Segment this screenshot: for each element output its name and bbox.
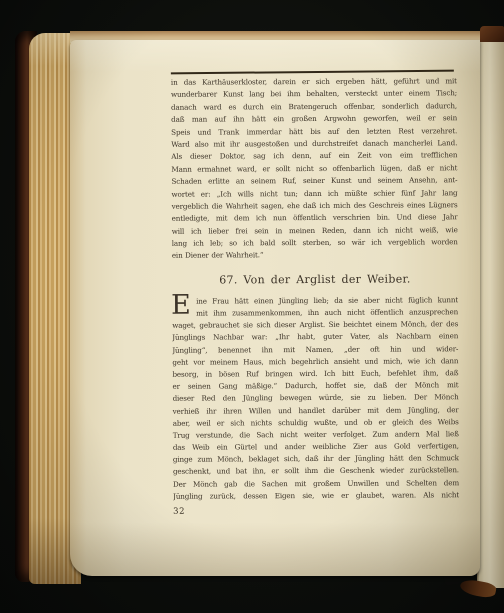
paragraph-continuation: in das Karthäuserkloster, darein er sich… (171, 75, 458, 262)
text-line: ein Diener der Wahrheit.“ (172, 249, 458, 263)
text-rule (171, 70, 454, 75)
text-line: Jüngling zurück, dessen Eigen sie, wie e… (173, 489, 459, 503)
page-number: 32 (173, 505, 459, 516)
text-line: daß man auf ihn hätt ein großen Argwohn … (171, 112, 457, 126)
book-photograph: in das Karthäuserkloster, darein er sich… (0, 0, 504, 613)
text-line: Jünglings Nachbar war: „Ihr habt, guter … (172, 331, 458, 345)
story-paragraph: E ine Frau hätt einen Jüngling lieb; da … (172, 294, 459, 503)
text-line: geschenkt, und bat ihn, er sollt ihm die… (173, 465, 459, 479)
text-line: wunderbarer Kunst lang bei ihm behalten,… (171, 88, 457, 102)
text-line: dieser Red den Jüngling bewegen würde, s… (173, 392, 459, 406)
drop-cap: E (171, 292, 191, 319)
text-line: verhieß ihr ihren Willen und handlet dar… (173, 404, 459, 418)
text-line: entledigte, mit dem ich nun öffentlich v… (172, 212, 458, 226)
text-line: Als dieser Doktor, sag ich denn, auf ein… (171, 150, 457, 164)
section-heading: 67. Von der Arglist der Weiber. (172, 272, 458, 286)
text-line: Schaden erlitte an seinem Ruf, seiner Ku… (171, 174, 457, 188)
text-block: in das Karthäuserkloster, darein er sich… (171, 63, 459, 517)
next-page-edge (477, 42, 504, 588)
text-line: lang ich leb; so ich bald sollt sterben,… (172, 236, 458, 250)
